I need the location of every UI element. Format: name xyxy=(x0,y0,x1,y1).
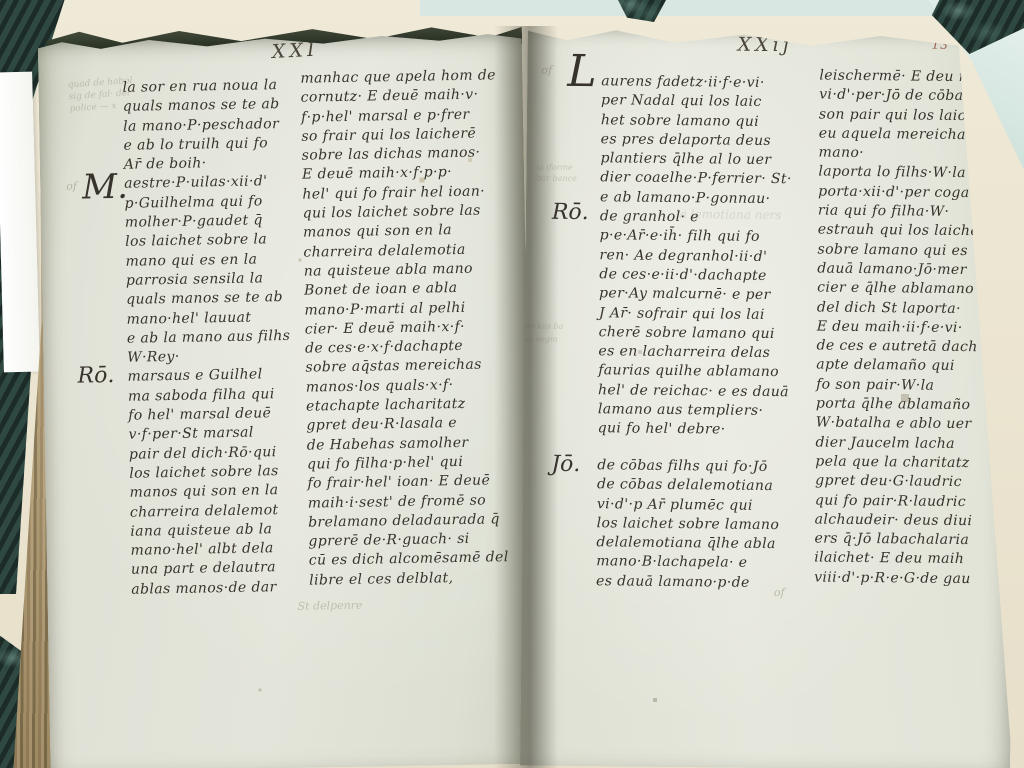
faded-note-delpenre: St delpenre xyxy=(297,599,362,613)
initial-ro-left: Rō. xyxy=(77,363,114,389)
folio-number: 13 xyxy=(932,38,949,52)
faded-of-mark-right: of xyxy=(541,64,552,77)
initial-ro-right: Rō. xyxy=(552,200,589,225)
white-card-strip xyxy=(0,72,40,373)
left-page: XXI quad de habol sig de fal· del police… xyxy=(38,30,535,768)
right-page: XXij 13 of L Rō. Jō. ia iforme bar bance… xyxy=(520,23,1018,768)
right-column-1-entry-1-text: aurens fadetz·ii·f·e·vi· per Nadal qui l… xyxy=(598,72,818,441)
left-column-1-text: la sor en rua noua la quals manos se te … xyxy=(122,75,329,599)
right-column-1-entry-2-text: de cōbas filhs qui fo·Jō de cōbas delale… xyxy=(596,456,813,593)
manuscript-photo: XXI quad de habol sig de fal· del police… xyxy=(0,0,1024,768)
initial-l: L xyxy=(567,46,597,97)
faded-marginal-note-a: ia iforme bar bance xyxy=(536,162,577,184)
right-page-number: XXij xyxy=(738,34,793,57)
faded-of-mark-bottom: of xyxy=(774,586,785,599)
left-column-2-text: manhac que apela hom de cornutz· E deuē … xyxy=(300,66,529,591)
initial-m: M. xyxy=(82,167,128,208)
faded-of-mark-left: of xyxy=(66,180,77,193)
initial-jo: Jō. xyxy=(551,452,580,477)
right-column-2-text: leischermē· E deu maih vi·d'·per·Jō de c… xyxy=(814,67,1019,590)
faded-marginal-note-b: de kas ba so segm xyxy=(525,319,564,345)
